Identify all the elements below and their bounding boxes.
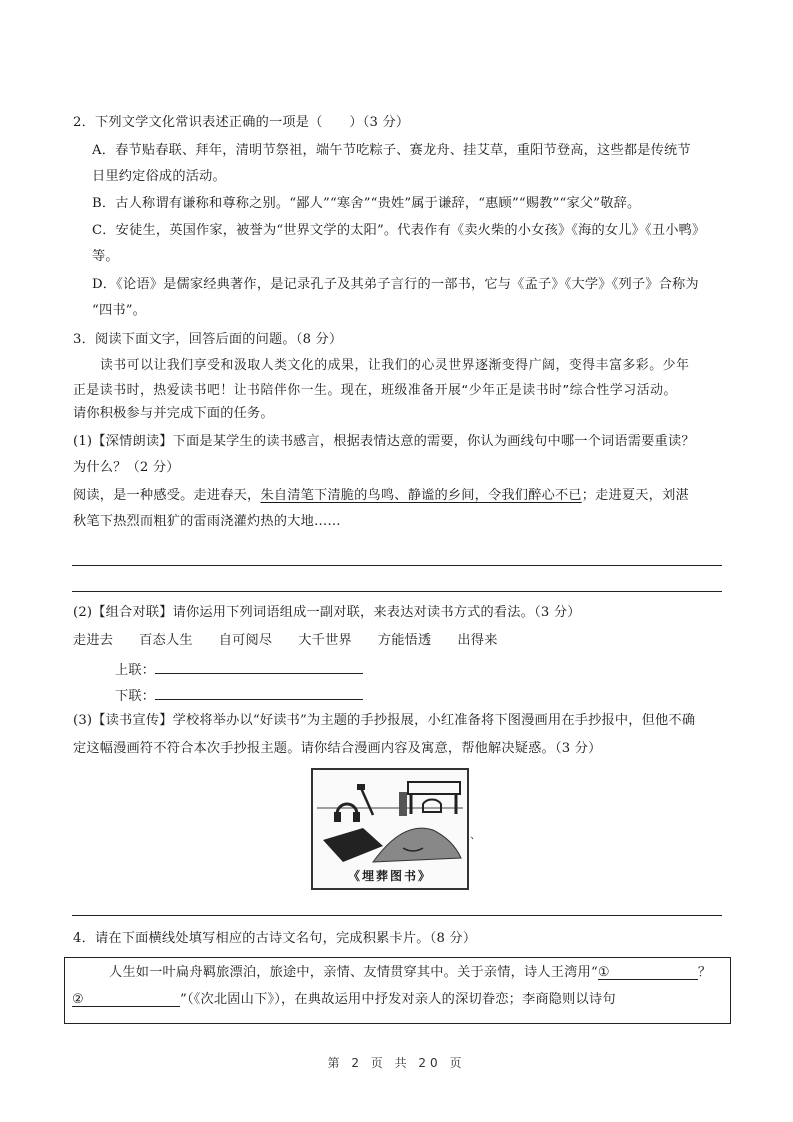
word-6: 出得来: [457, 633, 497, 648]
couplet-word-list: 走进去百态人生自可阅尽大千世界方能悟透出得来: [73, 631, 524, 651]
card-line-2: ②”（《次北固山下》），在典故运用中抒发对亲人的深切眷恋；李商隐则以诗句: [72, 990, 616, 1010]
q3-passage-line2: 正是读书时，热爱读书吧！让书陪伴你一生。现在，班级准备开展“少年正是读书时”综合…: [73, 381, 677, 401]
q2-option-a-cont: 日里约定俗成的活动。: [92, 167, 226, 187]
q3-instruction: 请你积极参与并完成下面的任务。: [73, 404, 274, 424]
card-line2-text: ”（《次北固山下》），在典故运用中抒发对亲人的深切眷恋；李商隐则以诗句: [180, 992, 616, 1007]
word-2: 百态人生: [139, 633, 193, 648]
comic-caption: 《埋葬图书》: [313, 867, 467, 884]
blank-1-marker: ①: [598, 965, 610, 980]
q3-sub1-text: 阅读，是一种感受。走进春天，朱自清笔下清脆的鸟鸣、静谧的乡间，令我们醉心不已；走…: [73, 486, 689, 506]
blank-2[interactable]: ②: [72, 990, 180, 1007]
upper-couplet-blank[interactable]: [155, 659, 363, 674]
comic-image: 《埋葬图书》: [311, 768, 469, 890]
card-line1-text: 人生如一叶扁舟羁旅漂泊，旅途中，亲情、友情贯穿其中。关于亲情，诗人王湾用“: [109, 965, 598, 980]
blank-1[interactable]: ①: [598, 963, 698, 980]
lower-couplet-row: 下联：: [115, 685, 363, 707]
underlined-sentence: 朱自清笔下清脆的鸟鸣、静谧的乡间，令我们醉心不已: [260, 488, 581, 503]
word-4: 大千世界: [298, 633, 352, 648]
upper-couplet-label: 上联：: [115, 663, 155, 678]
q3-passage-line1: 读书可以让我们享受和汲取人类文化的成果，让我们的心灵世界逐渐变得广阔，变得丰富多…: [100, 356, 689, 376]
q2-option-a: A．春节贴春联、拜年，清明节祭祖，端午节吃粽子、赛龙舟、挂艾草，重阳节登高，这些…: [92, 141, 691, 161]
word-5: 方能悟透: [378, 633, 432, 648]
q3-sub3-prompt: (3)【读书宣传】学校将举办以“好读书”为主题的手抄报展，小红准备将下图漫画用在…: [73, 711, 695, 731]
card-line-1: 人生如一叶扁舟羁旅漂泊，旅途中，亲情、友情贯穿其中。关于亲情，诗人王湾用“①？: [109, 963, 711, 983]
q2-option-d-cont: “四书”。: [92, 301, 146, 321]
card-line1-end: ？: [698, 965, 711, 980]
q4-stem: 4．请在下面横线处填写相应的古诗文名句，完成积累卡片。（8 分）: [73, 929, 476, 949]
lower-couplet-label: 下联：: [115, 689, 155, 704]
text-pre: 阅读，是一种感受。走进春天，: [73, 488, 260, 503]
blank-2-marker: ②: [72, 992, 84, 1007]
upper-couplet-row: 上联：: [115, 659, 363, 681]
stray-mark: 、: [470, 826, 481, 842]
q2-option-c: C．安徒生，英国作家，被誉为“世界文学的太阳”。代表作有《卖火柴的小女孩》《海的…: [92, 221, 705, 241]
q3-sub3-prompt-cont: 定这幅漫画符不符合本次手抄报主题。请你结合漫画内容及寓意，帮他解决疑惑。（3 分…: [73, 739, 602, 759]
accumulation-card: 人生如一叶扁舟羁旅漂泊，旅途中，亲情、友情贯穿其中。关于亲情，诗人王湾用“①？ …: [64, 957, 731, 1024]
word-3: 自可阅尽: [219, 633, 273, 648]
lower-couplet-blank[interactable]: [155, 685, 363, 700]
answer-line-2[interactable]: [72, 591, 722, 592]
answer-line-3[interactable]: [72, 915, 722, 916]
q2-stem: 2．下列文学文化常识表述正确的一项是（ ）（3 分）: [73, 113, 409, 133]
q3-sub1-prompt: (1)【深情朗读】下面是某学生的读书感言，根据表情达意的需要，你认为画线句中哪一…: [73, 432, 695, 452]
q3-sub1-prompt-cont: 为什么？（2 分）: [73, 458, 180, 478]
word-1: 走进去: [73, 633, 113, 648]
q3-stem: 3．阅读下面文字，回答后面的问题。（8 分）: [73, 330, 342, 350]
page-number: 第 2 页 共 20 页: [0, 1054, 793, 1071]
answer-line-1[interactable]: [72, 565, 722, 566]
text-post: ；走进夏天，刘湛: [582, 488, 689, 503]
q2-option-b: B．古人称谓有谦称和尊称之别。“鄙人”“寒舍”“贵姓”属于谦辞，“惠顾”“赐教”…: [92, 194, 640, 214]
q2-option-d: D．《论语》是儒家经典著作，是记录孔子及其弟子言行的一部书，它与《孟子》《大学》…: [92, 275, 699, 295]
q3-sub2-prompt: (2)【组合对联】请你运用下列词语组成一副对联，来表达对读书方式的看法。（3 分…: [73, 603, 581, 623]
q3-sub1-text-cont: 秋笔下热烈而粗犷的雷雨浇灌灼热的大地……: [73, 512, 341, 532]
q2-option-c-cont: 等。: [92, 247, 119, 267]
